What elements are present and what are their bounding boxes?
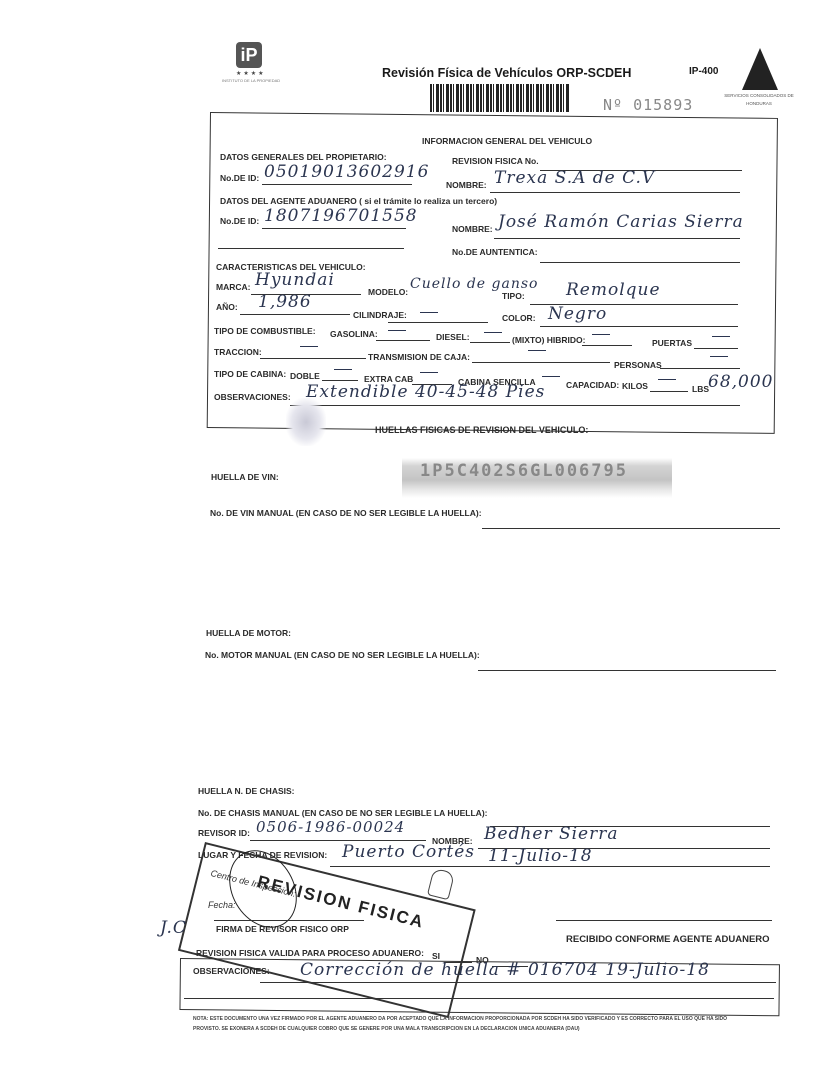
modelo-label: MODELO:: [368, 287, 408, 297]
agent-id-label: No.DE ID:: [220, 216, 259, 226]
agent-name-label: NOMBRE:: [452, 224, 493, 234]
doble-label: DOBLE: [290, 371, 320, 381]
lbs-label: LBS: [692, 384, 709, 394]
observaciones-final-field[interactable]: Corrección de huella # 016704 19-Julio-1…: [300, 960, 710, 980]
lugar-field[interactable]: Puerto Cortés: [342, 842, 475, 862]
firma-revisor-label: FIRMA DE REVISOR FISICO ORP: [216, 924, 349, 934]
revisor-name-field[interactable]: Bedher Sierra: [484, 824, 619, 844]
serial-prefix: Nº: [603, 96, 623, 114]
personas-label: PERSONAS: [614, 360, 662, 370]
transmision-field[interactable]: [528, 350, 546, 351]
nota-line-1: NOTA: ESTE DOCUMENTO UNA VEZ FIRMADO POR…: [193, 1016, 727, 1022]
fecha-field[interactable]: 11-Julio-18: [488, 846, 593, 866]
motor-manual-field[interactable]: [478, 670, 776, 671]
scdeh-tower-logo-icon: [742, 48, 778, 90]
tipo-field[interactable]: Remolque: [566, 280, 661, 300]
gasolina-label: GASOLINA:: [330, 329, 378, 339]
traccion-label: TRACCION:: [214, 347, 262, 357]
revisor-id-label: REVISOR ID:: [198, 828, 250, 838]
combustible-label: TIPO DE COMBUSTIBLE:: [214, 326, 316, 336]
owner-id-field[interactable]: 05019013602916: [264, 162, 429, 182]
kilos-label: KILOS: [622, 381, 648, 391]
serial-value: 015893: [633, 96, 693, 114]
traccion-field[interactable]: [300, 346, 318, 347]
form-title: Revisión Física de Vehículos ORP-SCDEH: [382, 66, 631, 80]
lbs-field[interactable]: 68,000: [708, 372, 773, 392]
owner-heading: DATOS GENERALES DEL PROPIETARIO:: [220, 152, 387, 162]
color-label: COLOR:: [502, 313, 536, 323]
stamp-fecha: Fecha:: [208, 900, 236, 910]
honduras-emblem-icon: [427, 868, 455, 900]
color-field[interactable]: Negro: [548, 304, 607, 324]
observaciones-final-label: OBSERVACIONES:: [193, 966, 270, 976]
vin-label: HUELLA DE VIN:: [211, 472, 279, 482]
owner-name-label: NOMBRE:: [446, 180, 487, 190]
owner-name-field[interactable]: Trexa S.A de C.V: [494, 168, 655, 188]
doble-field[interactable]: [334, 369, 352, 370]
kilos-field[interactable]: [658, 379, 676, 380]
agent-id-field[interactable]: 1807196701558: [264, 206, 418, 226]
nota-line-2: PROVISTO. SE EXONERA A SCDEH DE CUALQUIE…: [193, 1026, 580, 1032]
vin-manual-field[interactable]: [482, 528, 780, 529]
agent-heading: DATOS DEL AGENTE ADUANERO ( si el trámit…: [220, 196, 497, 206]
diesel-field[interactable]: [484, 332, 502, 333]
revisor-id-field[interactable]: 0506-1986-00024: [256, 818, 405, 836]
ip-logo-caption: INSTITUTO DE LA PROPIEDAD: [222, 78, 280, 83]
cabina-sencilla-field[interactable]: [542, 376, 560, 377]
cilindraje-field[interactable]: [420, 312, 438, 313]
capacidad-label: CAPACIDAD:: [566, 380, 619, 390]
motor-label: HUELLA DE MOTOR:: [206, 628, 291, 638]
agent-name-field[interactable]: José Ramón Carias Sierra: [498, 212, 744, 232]
scdeh-logo-caption: SERVICIOS CONSOLIDADOS DE HONDURAS: [716, 92, 802, 108]
marca-field[interactable]: Hyundai: [255, 270, 335, 290]
extra-cab-field[interactable]: [420, 372, 438, 373]
hibrido-label: (MIXTO) HIBRIDO:: [512, 335, 586, 345]
initials: J.C: [160, 918, 187, 938]
barcode: [430, 84, 570, 112]
huellas-heading: HUELLAS FISICAS DE REVISION DEL VEHICULO…: [375, 425, 588, 435]
auntentica-label: No.DE AUNTENTICA:: [452, 247, 538, 257]
cilindraje-label: CILINDRAJE:: [353, 310, 407, 320]
recibido-label: RECIBIDO CONFORME AGENTE ADUANERO: [566, 934, 770, 945]
transmision-label: TRANSMISION DE CAJA:: [368, 352, 470, 362]
serial-number: Nº 015893: [603, 96, 693, 114]
anio-label: AÑO:: [216, 302, 238, 312]
marca-label: MARCA:: [216, 282, 250, 292]
gasolina-field[interactable]: [388, 330, 406, 331]
hibrido-field[interactable]: [592, 334, 610, 335]
anio-field[interactable]: 1,986: [258, 292, 312, 312]
motor-manual-label: No. MOTOR MANUAL (EN CASO DE NO SER LEGI…: [205, 650, 480, 660]
vin-manual-label: No. DE VIN MANUAL (EN CASO DE NO SER LEG…: [210, 508, 482, 518]
tipo-label: TIPO:: [502, 291, 525, 301]
puertas-field[interactable]: [712, 336, 730, 337]
thumbprint-smudge: [286, 398, 326, 446]
cabina-label: TIPO DE CABINA:: [214, 369, 286, 379]
revision-no-label: REVISION FISICA No.: [452, 156, 539, 166]
chasis-manual-label: No. DE CHASIS MANUAL (EN CASO DE NO SER …: [198, 808, 487, 818]
personas-field[interactable]: [710, 356, 728, 357]
puertas-label: PUERTAS: [652, 338, 692, 348]
modelo-field[interactable]: Cuello de ganso: [410, 276, 538, 292]
section-title: INFORMACION GENERAL DEL VEHICULO: [422, 136, 592, 146]
form-code: IP-400: [689, 66, 718, 77]
observaciones-label: OBSERVACIONES:: [214, 392, 291, 402]
owner-id-label: No.DE ID:: [220, 173, 259, 183]
vin-rubbing-text: 1P5C402S6GL006795: [420, 461, 628, 481]
diesel-label: DIESEL:: [436, 332, 470, 342]
observaciones-field[interactable]: Extendible 40-45-48 Pies: [306, 382, 545, 402]
valida-label: REVISION FISICA VALIDA PARA PROCESO ADUA…: [196, 948, 424, 958]
chasis-label: HUELLA N. DE CHASIS:: [198, 786, 295, 796]
ip-logo-icon: iP: [236, 42, 262, 68]
ip-logo-stars: ★★★★: [236, 70, 266, 77]
